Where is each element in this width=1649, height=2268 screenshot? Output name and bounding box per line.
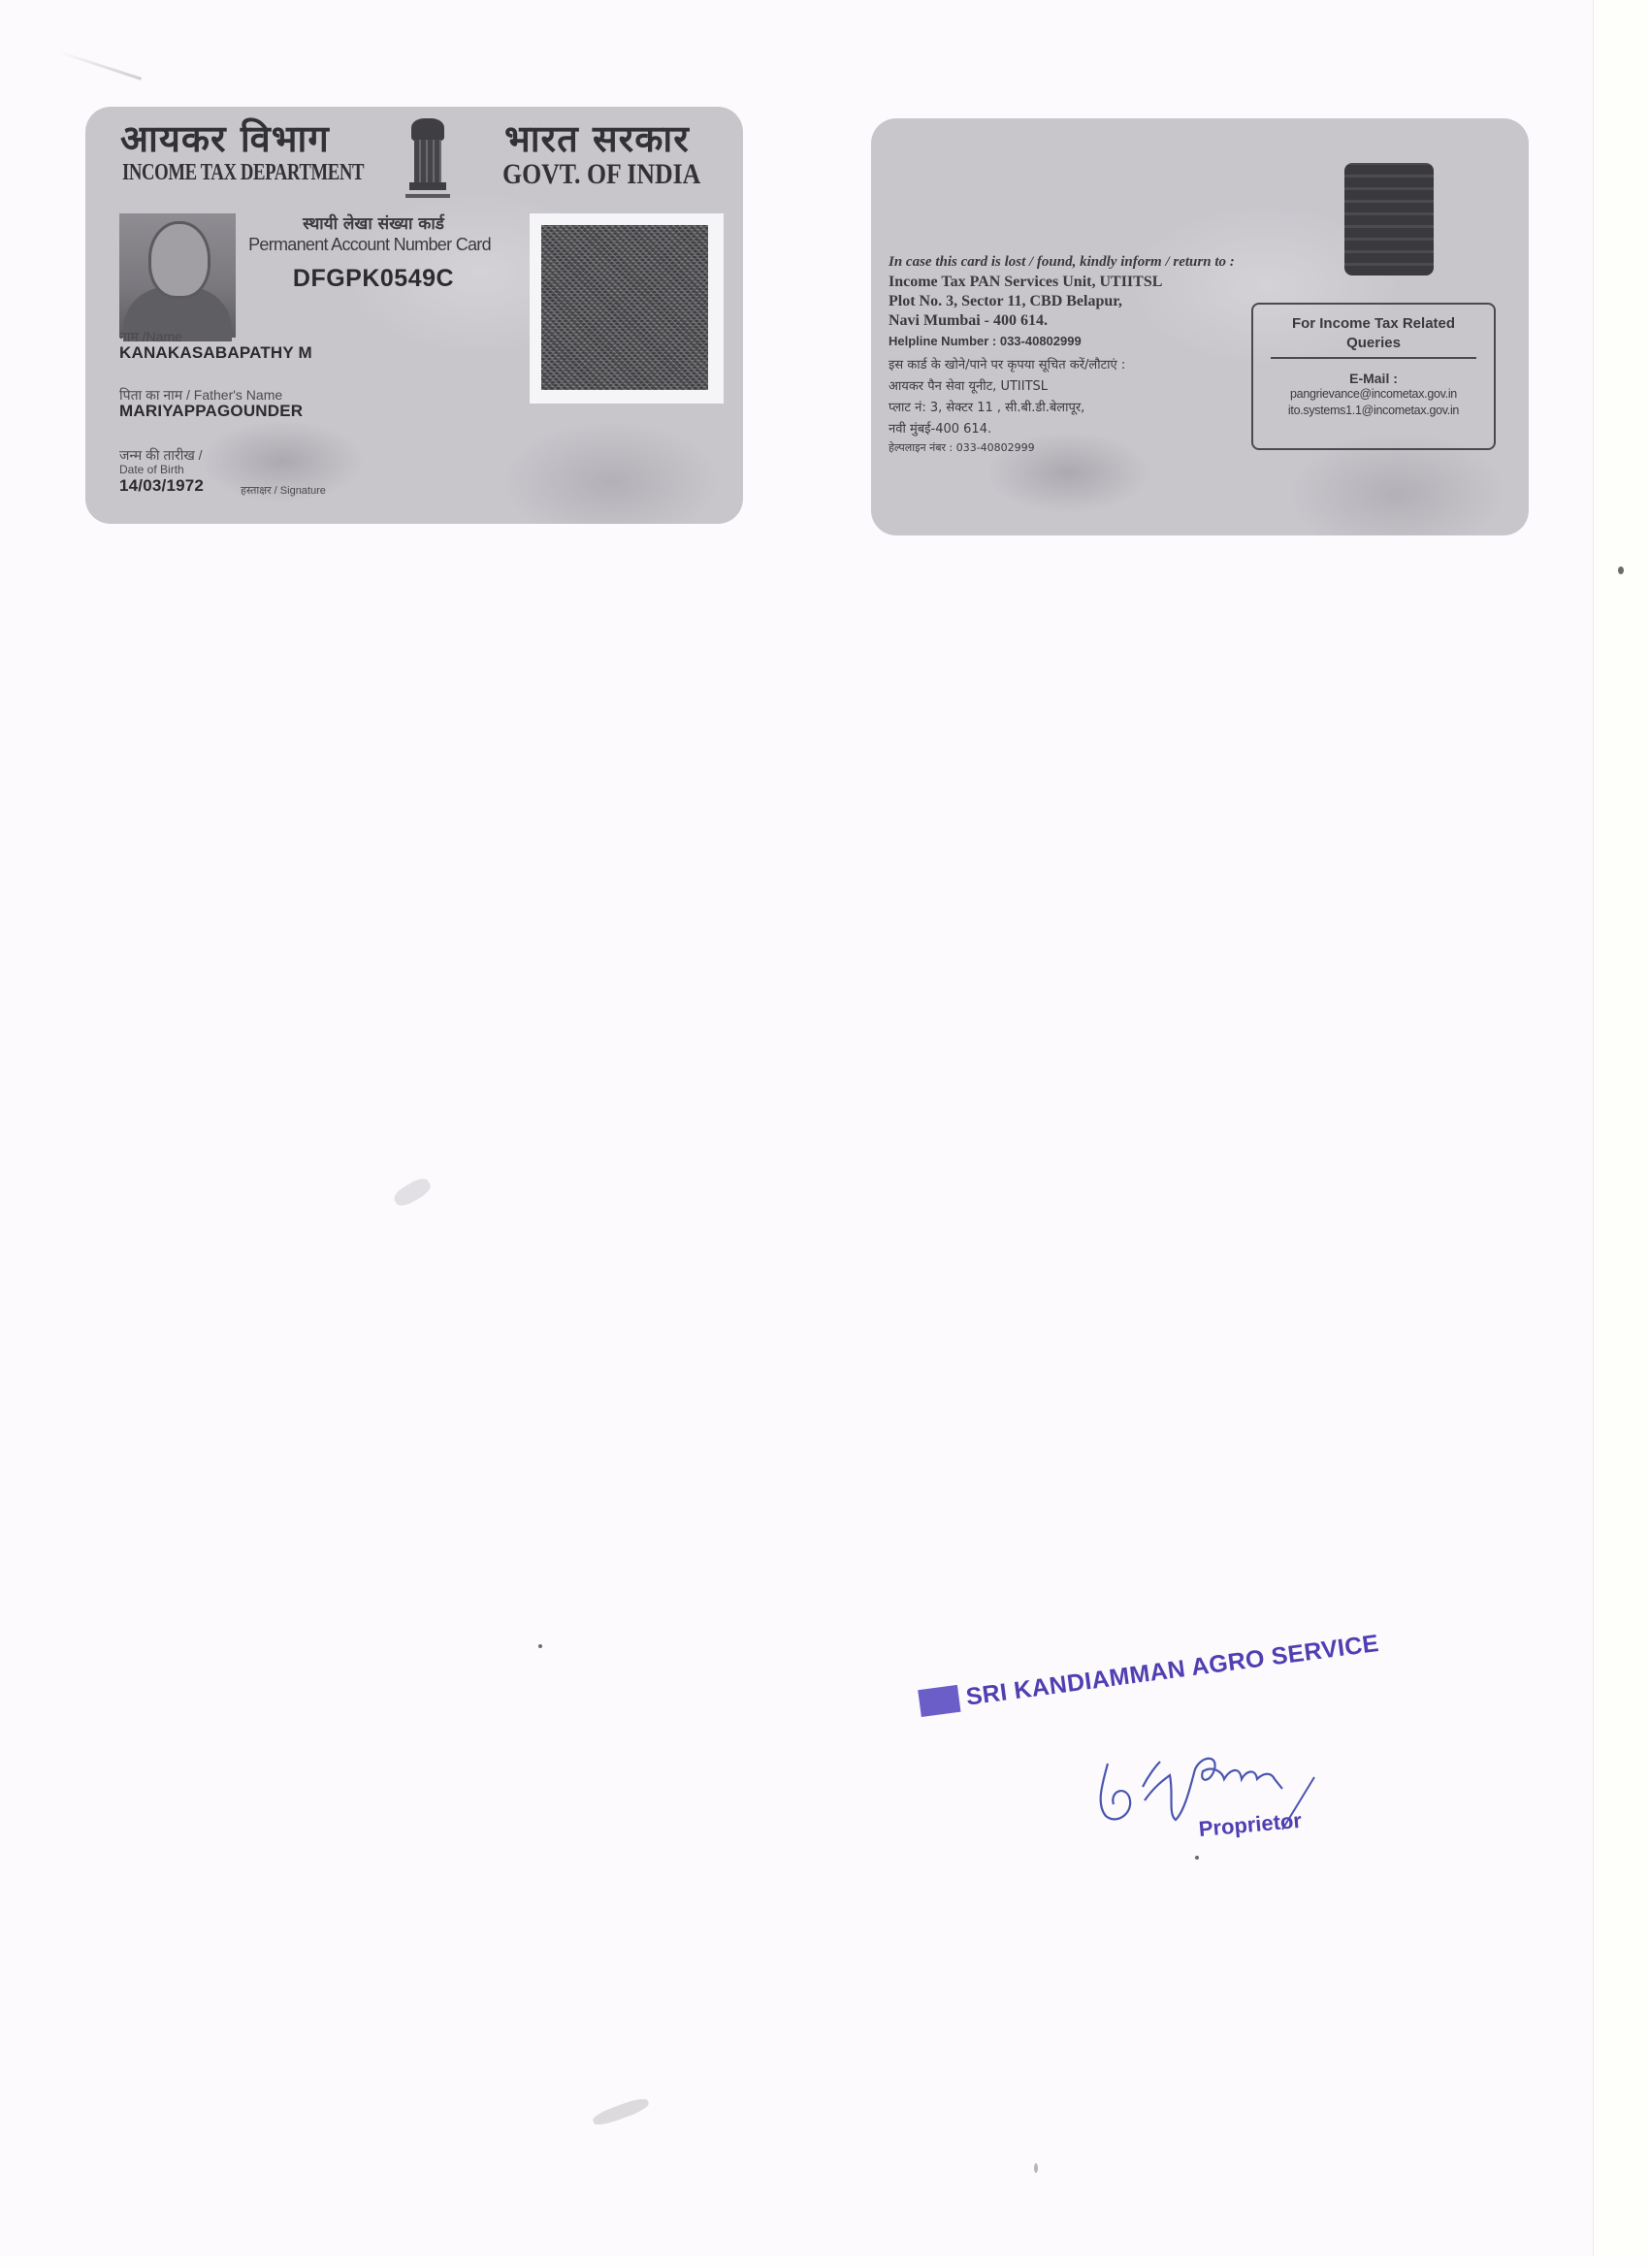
pan-number: DFGPK0549C [233,265,514,293]
pan-card-front: आयकर विभाग INCOME TAX DEPARTMENT भारत सर… [85,107,743,524]
scan-speck [1618,567,1624,574]
dob-label-english: Date of Birth [119,463,184,476]
scan-speck [538,1644,542,1648]
holder-photo [119,213,236,338]
name-value: KANAKASABAPATHY M [119,343,312,363]
query-contact-box: For Income Tax Related Queries E-Mail : … [1251,303,1496,450]
header-hindi-right: भारत सरकार [504,113,690,163]
card-title-hindi: स्थायी लेखा संख्या कार्ड [233,211,514,234]
qr-code-icon [541,225,708,390]
hindi-notice: इस कार्ड के खोने/पाने पर कृपया सूचित करे… [889,355,1125,373]
hindi-address-line: आयकर पैन सेवा यूनीट, UTIITSL [889,376,1048,394]
hindi-helpline: हेल्पलाइन नंबर : 033-40802999 [889,440,1035,455]
stamp-firm-name: SRI KANDIAMMAN AGRO SERVICE [964,1630,1380,1711]
scan-edge-bottom [0,2256,1649,2268]
scan-speck [1195,1856,1199,1860]
pan-card-back: In case this card is lost / found, kindl… [871,118,1529,535]
national-emblem-icon [405,116,450,204]
address-line: Income Tax PAN Services Unit, UTIITSL [889,274,1162,291]
address-line: Navi Mumbai - 400 614. [889,312,1048,330]
header-english-left: INCOME TAX DEPARTMENT [122,160,364,186]
signature-label: हस्ताक्षर / Signature [241,483,326,498]
email-address: pangrievance@incometax.gov.in [1253,386,1494,403]
hindi-address-line: नवी मुंबई-400 614. [889,419,991,437]
header-english-right: GOVT. OF INDIA [502,158,700,191]
qr-code-frame [530,213,724,404]
hindi-address-line: प्लाट नं: 3, सेक्टर 11 , सी.बी.डी.बेलापू… [889,398,1084,415]
email-address: ito.systems1.1@incometax.gov.in [1253,403,1494,419]
dob-value: 14/03/1972 [119,476,204,496]
scan-speck [1034,2163,1038,2173]
lost-found-notice: In case this card is lost / found, kindl… [889,254,1235,271]
hologram-icon [1344,163,1434,275]
query-box-title: For Income Tax Related Queries [1271,314,1476,359]
scan-streak-mark [58,50,143,81]
scan-smudge [591,2095,650,2128]
father-name-value: MARIYAPPAGOUNDER [119,402,303,421]
scan-edge-right [1593,0,1649,2268]
email-label: E-Mail : [1253,371,1494,386]
helpline-number: Helpline Number : 033-40802999 [889,334,1082,348]
scan-smudge [391,1175,434,1210]
header-hindi-left: आयकर विभाग [120,113,330,163]
firm-stamp: For SRI KANDIAMMAN AGRO SERVICE [918,1630,1380,1718]
address-line: Plot No. 3, Sector 11, CBD Belapur, [889,293,1122,310]
stamp-prefix: For [918,1685,960,1717]
card-title-english: Permanent Account Number Card [210,235,530,255]
